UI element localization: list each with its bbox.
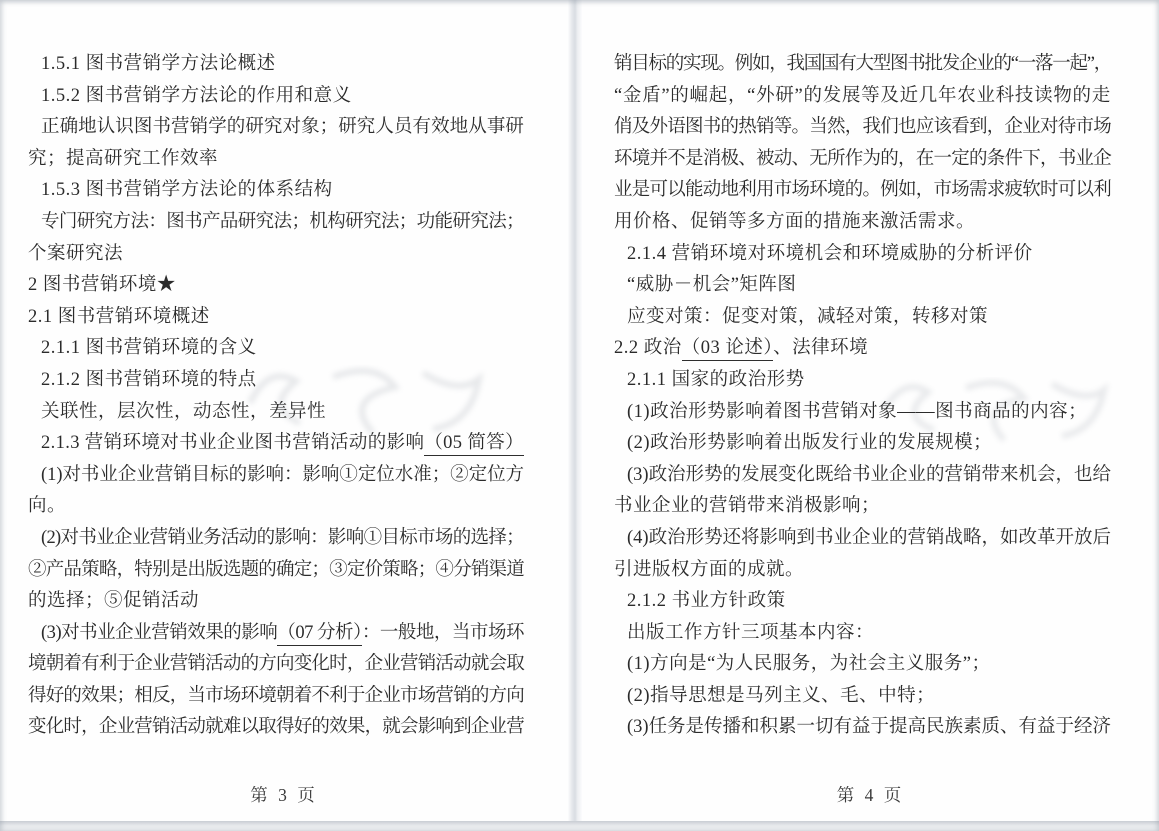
- text-segment: 2.1.1 图书营销环境的含义: [41, 338, 257, 358]
- text-line-content: 向。: [28, 491, 66, 523]
- text-line: 用价格、促销等多方面的措施来激活需求。: [614, 207, 1111, 239]
- text-segment: (2)政治形势影响着出版发行业的发展规模；: [627, 433, 992, 453]
- text-segment: ②产品策略，特别是出版选题的确定；③定价策略；④分销渠道: [28, 560, 524, 580]
- text-line-content: 2.1.4 营销环境对环境机会和环境威胁的分析评价: [627, 239, 1033, 271]
- text-line-content: (3)任务是传播和积累一切有益于提高民族素质、有益于经济: [627, 712, 1111, 744]
- text-segment: 书业企业的营销带来消极影响；: [614, 496, 880, 516]
- text-line-content: 究；提高研究工作效率: [28, 144, 218, 176]
- text-line: 2.1.4 营销环境对环境机会和环境威胁的分析评价: [614, 239, 1111, 271]
- scanned-document-spread: 1.5.1 图书营销学方法论概述1.5.2 图书营销学方法论的作用和意义正确地认…: [0, 0, 1159, 831]
- text-segment: 1.5.1 图书营销学方法论概述: [41, 54, 276, 74]
- text-segment: 2.1.1 国家的政治形势: [627, 370, 805, 390]
- text-line-content: (1)政治形势影响着图书营销对象——图书商品的内容；: [627, 397, 1087, 429]
- text-line: “威胁－机会”矩阵图: [614, 270, 1111, 302]
- text-line: 专门研究方法：图书产品研究法；机构研究法；功能研究法；: [28, 207, 524, 239]
- text-line-content: 2.1 图书营销环境概述: [28, 302, 210, 334]
- text-line-content: (2)指导思想是马列主义、毛、中特；: [627, 681, 935, 713]
- text-line: (1)政治形势影响着图书营销对象——图书商品的内容；: [614, 397, 1111, 429]
- text-line: 环境并不是消极、被动、无所作为的，在一定的条件下，书业企: [614, 144, 1111, 176]
- exam-tag-underlined: （05 简答）: [424, 433, 524, 456]
- text-line-content: 1.5.2 图书营销学方法论的作用和意义: [41, 81, 352, 113]
- text-line: (3)政治形势的发展变化既给书业企业的营销带来机会，也给: [614, 460, 1111, 492]
- text-segment: 2.2 政治: [614, 338, 682, 358]
- text-line-content: (3)对书业企业营销效果的影响（07 分析）：一般地，当市场环: [41, 618, 524, 650]
- text-line: 2.1.1 国家的政治形势: [614, 365, 1111, 397]
- text-line: 引进版权方面的成就。: [614, 555, 1111, 587]
- text-line: 书业企业的营销带来消极影响；: [614, 491, 1111, 523]
- exam-tag-underlined: （03 论述）: [682, 338, 773, 361]
- text-line: 个案研究法: [28, 239, 524, 271]
- text-line: 向。: [28, 491, 524, 523]
- text-line-content: 2.1.2 书业方针政策: [627, 586, 786, 618]
- page-gutter-fold: [568, 0, 582, 821]
- text-segment: 2.1.3 营销环境对书业企业图书营销活动的影响: [41, 433, 424, 453]
- text-segment: 境朝着有利于企业营销活动的方向变化时，企业营销活动就会取: [28, 654, 524, 674]
- text-segment: 环境并不是消极、被动、无所作为的，在一定的条件下，书业企: [614, 149, 1111, 169]
- text-line: (2)对书业企业营销业务活动的影响：影响①目标市场的选择；: [28, 523, 524, 555]
- text-line: (1)方向是“为人民服务，为社会主义服务”；: [614, 649, 1111, 681]
- text-line-content: (4)政治形势还将影响到书业企业的营销战略，如改革开放后: [627, 523, 1111, 555]
- text-line: 1.5.1 图书营销学方法论概述: [28, 49, 524, 81]
- text-segment: 2.1.2 书业方针政策: [627, 591, 786, 611]
- text-line: ②产品策略，特别是出版选题的确定；③定价策略；④分销渠道: [28, 555, 524, 587]
- text-segment: (1)对书业企业营销目标的影响：影响①定位水准；②定位方: [41, 465, 524, 485]
- text-line: 的选择；⑤促销活动: [28, 586, 524, 618]
- text-line: (2)指导思想是马列主义、毛、中特；: [614, 681, 1111, 713]
- text-segment: (2)对书业企业营销业务活动的影响：影响①目标市场的选择；: [41, 528, 524, 548]
- text-segment: 的选择；⑤促销活动: [28, 591, 199, 611]
- text-line: 俏及外语图书的热销等。当然，我们也应该看到，企业对待市场: [614, 112, 1111, 144]
- text-line: (4)政治形势还将影响到书业企业的营销战略，如改革开放后: [614, 523, 1111, 555]
- text-line-content: 应变对策：促变对策，减轻对策，转移对策: [627, 302, 988, 334]
- text-line: 1.5.2 图书营销学方法论的作用和意义: [28, 81, 524, 113]
- text-segment: 个案研究法: [28, 244, 123, 264]
- page-4: 销目标的实现。例如，我国国有大型图书批发企业的“一落一起”，“金盾”的崛起，“外…: [582, 0, 1159, 821]
- text-segment: 2.1.4 营销环境对环境机会和环境威胁的分析评价: [627, 244, 1033, 264]
- text-line: 2.2 政治（03 论述）、法律环境: [614, 333, 1111, 365]
- text-line-content: 1.5.3 图书营销学方法论的体系结构: [41, 175, 333, 207]
- text-segment: 引进版权方面的成就。: [614, 560, 804, 580]
- text-line-content: (2)政治形势影响着出版发行业的发展规模；: [627, 428, 992, 460]
- text-line: 2.1.1 图书营销环境的含义: [28, 333, 524, 365]
- text-segment: “威胁－机会”矩阵图: [627, 275, 796, 295]
- text-line: 究；提高研究工作效率: [28, 144, 524, 176]
- text-line-content: 2.1.2 图书营销环境的特点: [41, 365, 257, 397]
- text-line: 出版工作方针三项基本内容：: [614, 618, 1111, 650]
- exam-tag-underlined: （07 分析）: [277, 623, 362, 646]
- page-spread: 1.5.1 图书营销学方法论概述1.5.2 图书营销学方法论的作用和意义正确地认…: [0, 0, 1159, 821]
- text-line-content: ②产品策略，特别是出版选题的确定；③定价策略；④分销渠道: [28, 555, 524, 587]
- text-line-content: 2 图书营销环境★: [28, 270, 176, 302]
- text-line: 2.1 图书营销环境概述: [28, 302, 524, 334]
- scan-bottom-edge: [0, 821, 1159, 831]
- text-line-content: 出版工作方针三项基本内容：: [627, 618, 874, 650]
- text-line-content: 正确地认识图书营销学的研究对象；研究人员有效地从事研: [41, 112, 524, 144]
- text-line-content: 关联性，层次性，动态性，差异性: [41, 397, 326, 429]
- text-line: 2.1.3 营销环境对书业企业图书营销活动的影响（05 简答）: [28, 428, 524, 460]
- page-4-page-number: 第 4 页: [582, 782, 1159, 807]
- text-line-content: 书业企业的营销带来消极影响；: [614, 491, 880, 523]
- text-segment: 2.1.2 图书营销环境的特点: [41, 370, 257, 390]
- text-line-content: 的选择；⑤促销活动: [28, 586, 199, 618]
- text-line: 2.1.2 书业方针政策: [614, 586, 1111, 618]
- text-line: 业是可以能动地利用市场环境的。例如，市场需求疲软时可以利: [614, 175, 1111, 207]
- text-segment: “金盾”的崛起，“外研”的发展等及近几年农业科技读物的走: [614, 86, 1111, 106]
- text-segment: 2 图书营销环境★: [28, 275, 176, 295]
- text-line: (3)对书业企业营销效果的影响（07 分析）：一般地，当市场环: [28, 618, 524, 650]
- text-line: (1)对书业企业营销目标的影响：影响①定位水准；②定位方: [28, 460, 524, 492]
- text-segment: 1.5.3 图书营销学方法论的体系结构: [41, 180, 333, 200]
- text-line-content: 境朝着有利于企业营销活动的方向变化时，企业营销活动就会取: [28, 649, 524, 681]
- text-segment: (4)政治形势还将影响到书业企业的营销战略，如改革开放后: [627, 528, 1111, 548]
- text-segment: 2.1 图书营销环境概述: [28, 307, 210, 327]
- text-line: 销目标的实现。例如，我国国有大型图书批发企业的“一落一起”，: [614, 49, 1111, 81]
- text-segment: 正确地认识图书营销学的研究对象；研究人员有效地从事研: [41, 117, 524, 137]
- text-segment: 1.5.2 图书营销学方法论的作用和意义: [41, 86, 352, 106]
- page-4-text: 销目标的实现。例如，我国国有大型图书批发企业的“一落一起”，“金盾”的崛起，“外…: [582, 49, 1159, 744]
- text-line: (2)政治形势影响着出版发行业的发展规模；: [614, 428, 1111, 460]
- text-line-content: 变化时，企业营销活动就难以取得好的效果，就会影响到企业营: [28, 712, 524, 744]
- text-line-content: 个案研究法: [28, 239, 123, 271]
- text-segment: (3)任务是传播和积累一切有益于提高民族素质、有益于经济: [627, 717, 1111, 737]
- text-line-content: 用价格、促销等多方面的措施来激活需求。: [614, 207, 975, 239]
- text-line-content: 2.1.3 营销环境对书业企业图书营销活动的影响（05 简答）: [41, 428, 524, 460]
- text-segment: 出版工作方针三项基本内容：: [627, 623, 874, 643]
- text-segment: 用价格、促销等多方面的措施来激活需求。: [614, 212, 975, 232]
- text-line: 关联性，层次性，动态性，差异性: [28, 397, 524, 429]
- text-line-content: 专门研究方法：图书产品研究法；机构研究法；功能研究法；: [41, 207, 524, 239]
- text-line-content: 销目标的实现。例如，我国国有大型图书批发企业的“一落一起”，: [614, 49, 1111, 81]
- text-segment: (1)方向是“为人民服务，为社会主义服务”；: [627, 654, 991, 674]
- text-segment: 应变对策：促变对策，减轻对策，转移对策: [627, 307, 988, 327]
- text-line: 正确地认识图书营销学的研究对象；研究人员有效地从事研: [28, 112, 524, 144]
- text-segment: 业是可以能动地利用市场环境的。例如，市场需求疲软时可以利: [614, 180, 1111, 200]
- text-segment: (3)对书业企业营销效果的影响: [41, 623, 277, 643]
- text-segment: 专门研究方法：图书产品研究法；机构研究法；功能研究法；: [41, 212, 524, 232]
- text-line: 1.5.3 图书营销学方法论的体系结构: [28, 175, 524, 207]
- text-line-content: (3)政治形势的发展变化既给书业企业的营销带来机会，也给: [627, 460, 1111, 492]
- text-line: 应变对策：促变对策，减轻对策，转移对策: [614, 302, 1111, 334]
- text-line-content: 2.2 政治（03 论述）、法律环境: [614, 333, 868, 365]
- text-line-content: 2.1.1 图书营销环境的含义: [41, 333, 257, 365]
- page-3-page-number: 第 3 页: [0, 782, 568, 807]
- text-segment: 关联性，层次性，动态性，差异性: [41, 402, 326, 422]
- text-segment: 变化时，企业营销活动就难以取得好的效果，就会影响到企业营: [28, 717, 524, 737]
- text-line-content: “威胁－机会”矩阵图: [627, 270, 796, 302]
- text-line: 2 图书营销环境★: [28, 270, 524, 302]
- text-segment: 向。: [28, 496, 66, 516]
- text-line: 2.1.2 图书营销环境的特点: [28, 365, 524, 397]
- text-line-content: 1.5.1 图书营销学方法论概述: [41, 49, 276, 81]
- text-line-content: 环境并不是消极、被动、无所作为的，在一定的条件下，书业企: [614, 144, 1111, 176]
- text-segment: (3)政治形势的发展变化既给书业企业的营销带来机会，也给: [627, 465, 1111, 485]
- text-line-content: 引进版权方面的成就。: [614, 555, 804, 587]
- page-3-text: 1.5.1 图书营销学方法论概述1.5.2 图书营销学方法论的作用和意义正确地认…: [0, 49, 568, 744]
- text-line-content: 得好的效果；相反，当市场环境朝着不利于企业市场营销的方向: [28, 681, 524, 713]
- text-line: (3)任务是传播和积累一切有益于提高民族素质、有益于经济: [614, 712, 1111, 744]
- text-line-content: “金盾”的崛起，“外研”的发展等及近几年农业科技读物的走: [614, 81, 1111, 113]
- text-line-content: (2)对书业企业营销业务活动的影响：影响①目标市场的选择；: [41, 523, 524, 555]
- text-segment: (2)指导思想是马列主义、毛、中特；: [627, 686, 935, 706]
- text-line-content: (1)方向是“为人民服务，为社会主义服务”；: [627, 649, 991, 681]
- text-line-content: 俏及外语图书的热销等。当然，我们也应该看到，企业对待市场: [614, 112, 1111, 144]
- text-line-content: 2.1.1 国家的政治形势: [627, 365, 805, 397]
- page-3: 1.5.1 图书营销学方法论概述1.5.2 图书营销学方法论的作用和意义正确地认…: [0, 0, 568, 821]
- text-line: 境朝着有利于企业营销活动的方向变化时，企业营销活动就会取: [28, 649, 524, 681]
- text-line-content: (1)对书业企业营销目标的影响：影响①定位水准；②定位方: [41, 460, 524, 492]
- text-segment: 、法律环境: [773, 338, 868, 358]
- text-segment: 销目标的实现。例如，我国国有大型图书批发企业的“一落一起”，: [614, 54, 1111, 74]
- text-line: 变化时，企业营销活动就难以取得好的效果，就会影响到企业营: [28, 712, 524, 744]
- text-segment: ：一般地，当市场环: [362, 623, 524, 643]
- text-segment: 究；提高研究工作效率: [28, 149, 218, 169]
- text-line-content: 业是可以能动地利用市场环境的。例如，市场需求疲软时可以利: [614, 175, 1111, 207]
- text-segment: 俏及外语图书的热销等。当然，我们也应该看到，企业对待市场: [614, 117, 1111, 137]
- text-segment: 得好的效果；相反，当市场环境朝着不利于企业市场营销的方向: [28, 686, 524, 706]
- text-line: “金盾”的崛起，“外研”的发展等及近几年农业科技读物的走: [614, 81, 1111, 113]
- text-segment: (1)政治形势影响着图书营销对象——图书商品的内容；: [627, 402, 1087, 422]
- text-line: 得好的效果；相反，当市场环境朝着不利于企业市场营销的方向: [28, 681, 524, 713]
